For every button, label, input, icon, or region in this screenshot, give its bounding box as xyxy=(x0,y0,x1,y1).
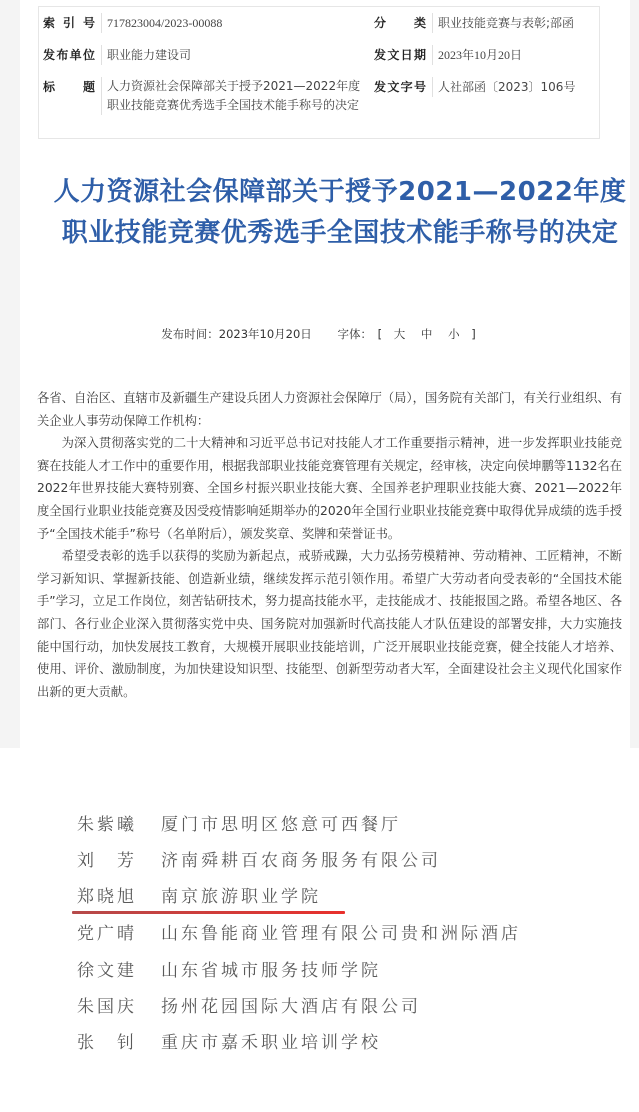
font-size-control: 字体： [ 大 中 小 ] xyxy=(337,327,477,341)
bracket-open: [ xyxy=(378,327,383,341)
doc-number-label: 发文字号 xyxy=(374,77,426,97)
winner-name: 朱紫曦 xyxy=(77,810,161,835)
publish-time: 发布时间：2023年10月20日 xyxy=(161,327,315,341)
winner-org: 南京旅游职业学院 xyxy=(161,882,321,907)
publish-info: 发布时间：2023年10月20日 字体： [ 大 中 小 ] xyxy=(0,326,639,342)
winner-name: 张 钊 xyxy=(77,1028,161,1053)
index-value: 717823004/2023-00088 xyxy=(101,13,222,33)
meta-row-category: 分 类 职业技能竞赛与表彰;部函 xyxy=(374,13,574,33)
red-highlight-underline xyxy=(72,911,345,914)
list-item: 党广晴 山东鲁能商业管理有限公司贵和洲际酒店 xyxy=(77,919,521,944)
list-item: 徐文建 山东省城市服务技师学院 xyxy=(77,956,381,981)
metadata-table: 索 引 号 717823004/2023-00088 分 类 职业技能竞赛与表彰… xyxy=(38,6,600,139)
meta-row-publisher: 发布单位 职业能力建设司 xyxy=(43,45,191,65)
winner-org: 重庆市嘉禾职业培训学校 xyxy=(161,1028,381,1053)
winner-org: 山东省城市服务技师学院 xyxy=(161,956,381,981)
document-body: 各省、自治区、直辖市及新疆生产建设兵团人力资源社会保障厅（局），国务院有关部门，… xyxy=(37,387,622,703)
issue-date-value: 2023年10月20日 xyxy=(432,45,522,65)
publisher-label: 发布单位 xyxy=(43,45,95,65)
meta-row-index: 索 引 号 717823004/2023-00088 xyxy=(43,13,222,33)
winner-name: 朱国庆 xyxy=(77,992,161,1017)
category-value: 职业技能竞赛与表彰;部函 xyxy=(432,13,574,33)
index-label: 索 引 号 xyxy=(43,13,95,33)
font-small-button[interactable]: 小 xyxy=(446,327,462,341)
winner-name: 郑晓旭 xyxy=(77,882,161,907)
meta-row-title: 标 题 人力资源社会保障部关于授予2021—2022年度职业技能竞赛优秀选手全国… xyxy=(43,77,373,115)
winner-name: 徐文建 xyxy=(77,956,161,981)
category-label: 分 类 xyxy=(374,13,426,33)
title-label: 标 题 xyxy=(43,77,95,115)
issue-date-label: 发文日期 xyxy=(374,45,426,65)
publish-time-value: 2023年10月20日 xyxy=(219,327,312,341)
expectation-paragraph: 希望受表彰的选手以获得的奖励为新起点，戒骄戒躁，大力弘扬劳模精神、劳动精神、工匠… xyxy=(37,545,622,703)
publish-time-label: 发布时间： xyxy=(161,327,219,341)
publisher-value: 职业能力建设司 xyxy=(101,45,191,65)
meta-row-issue-date: 发文日期 2023年10月20日 xyxy=(374,45,522,65)
winner-name: 党广晴 xyxy=(77,919,161,944)
list-item-highlighted: 郑晓旭 南京旅游职业学院 xyxy=(77,882,321,907)
list-item: 张 钊 重庆市嘉禾职业培训学校 xyxy=(77,1028,381,1053)
doc-number-value: 人社部函〔2023〕106号 xyxy=(432,77,575,97)
document-title: 人力资源社会保障部关于授予2021—2022年度职业技能竞赛优秀选手全国技术能手… xyxy=(50,172,630,254)
list-item: 朱国庆 扬州花园国际大酒店有限公司 xyxy=(77,992,421,1017)
decision-paragraph: 为深入贯彻落实党的二十大精神和习近平总书记对技能人才工作重要指示精神，进一步发挥… xyxy=(37,432,622,545)
list-item: 刘 芳 济南舜耕百农商务服务有限公司 xyxy=(77,846,441,871)
meta-row-doc-number: 发文字号 人社部函〔2023〕106号 xyxy=(374,77,575,97)
salutation-paragraph: 各省、自治区、直辖市及新疆生产建设兵团人力资源社会保障厅（局），国务院有关部门，… xyxy=(37,387,622,432)
font-label: 字体： xyxy=(337,327,372,341)
list-item: 朱紫曦 厦门市思明区悠意可西餐厅 xyxy=(77,810,401,835)
bracket-close: ] xyxy=(471,327,476,341)
winner-org: 济南舜耕百农商务服务有限公司 xyxy=(161,846,441,871)
winner-org: 山东鲁能商业管理有限公司贵和洲际酒店 xyxy=(161,919,521,944)
document-page-background: 索 引 号 717823004/2023-00088 分 类 职业技能竞赛与表彰… xyxy=(0,0,639,748)
title-value: 人力资源社会保障部关于授予2021—2022年度职业技能竞赛优秀选手全国技术能手… xyxy=(101,77,369,115)
winner-name: 刘 芳 xyxy=(77,846,161,871)
font-medium-button[interactable]: 中 xyxy=(419,327,435,341)
winner-org: 扬州花园国际大酒店有限公司 xyxy=(161,992,421,1017)
winner-org: 厦门市思明区悠意可西餐厅 xyxy=(161,810,401,835)
font-large-button[interactable]: 大 xyxy=(392,327,408,341)
